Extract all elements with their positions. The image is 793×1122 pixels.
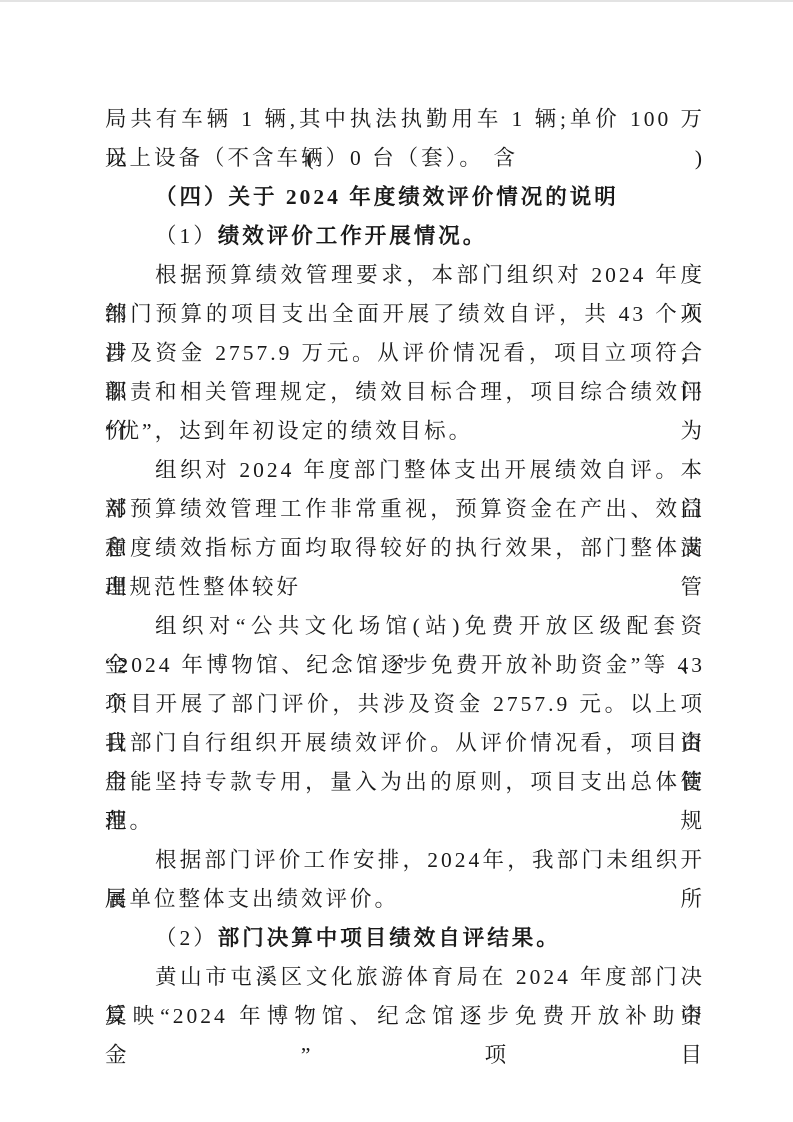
subsection-heading-text: 绩效评价工作开展情况。: [218, 224, 488, 248]
document-page[interactable]: 局共有车辆 1 辆,其中执法执勤用车 1 辆;单价 100 万元(含) 以上设备…: [0, 0, 793, 1122]
page-top-edge: [0, 0, 793, 2]
document-line: 部门预算的项目支出全面开展了绩效自评，共 43 个项目，: [105, 295, 705, 334]
document-line: “2024 年博物馆、纪念馆逐步免费开放补助资金”等 43 个: [105, 646, 705, 685]
document-line: 涉及资金 2757.9 万元。从评价情况看，项目立项符合部门: [105, 334, 705, 373]
subsection-heading-text: 部门决算中项目绩效自评结果。: [218, 926, 561, 950]
subsection-heading: （1）绩效评价工作开展情况。: [105, 217, 705, 256]
document-text-block: 局共有车辆 1 辆,其中执法执勤用车 1 辆;单价 100 万元(含) 以上设备…: [105, 100, 705, 1036]
document-line: 对预算绩效管理工作非常重视，预算资金在产出、效益和满: [105, 490, 705, 529]
document-line: 职责和相关管理规定，绩效目标合理，项目综合绩效评价为: [105, 373, 705, 412]
document-line: 根据预算绩效管理要求，本部门组织对 2024 年度纳入: [105, 256, 705, 295]
document-line: 我部门自行组织开展绩效评价。从评价情况看，项目资金使: [105, 724, 705, 763]
document-line: 项目开展了部门评价，共涉及资金 2757.9 元。以上项目由: [105, 685, 705, 724]
section-heading: （四）关于 2024 年度绩效评价情况的说明: [105, 178, 705, 217]
subsection-heading: （2）部门决算中项目绩效自评结果。: [105, 919, 705, 958]
document-line: 意度绩效指标方面均取得较好的执行效果，部门整体支出管: [105, 529, 705, 568]
document-line: 局共有车辆 1 辆,其中执法执勤用车 1 辆;单价 100 万元(含): [105, 100, 705, 139]
document-line: 组织对“公共文化场馆(站)免费开放区级配套资金”、: [105, 607, 705, 646]
document-line: 用能坚持专款专用，量入为出的原则，项目支出总体管理规: [105, 763, 705, 802]
document-line: 根据部门评价工作安排，2024年，我部门未组织开展所: [105, 841, 705, 880]
document-line: 组织对 2024 年度部门整体支出开展绩效自评。本部门: [105, 451, 705, 490]
document-line: 反映“2024 年博物馆、纪念馆逐步免费开放补助资金”项目: [105, 997, 705, 1036]
document-line: 黄山市屯溪区文化旅游体育局在 2024 年度部门决算中: [105, 958, 705, 997]
list-number: （1）: [155, 224, 218, 248]
list-number: （2）: [155, 926, 218, 950]
